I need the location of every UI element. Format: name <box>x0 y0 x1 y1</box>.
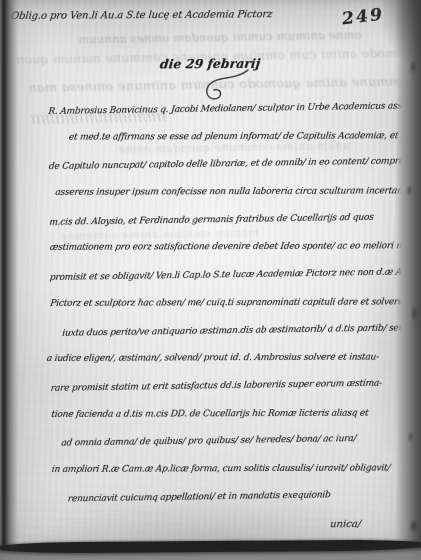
manuscript-line-text: ad omnia damna/ de quibus/ pro quibus/ s… <box>60 426 358 458</box>
manuscript-line-text: tione facienda a d.tis m.cis DD. de Cuce… <box>49 400 369 429</box>
manuscript-page: omne animum cummi quondam omnes annuum m… <box>0 0 421 560</box>
body-text: R. Ambrosius Bonvicinus q. Jacobi Mediol… <box>48 94 408 512</box>
manuscript-line: Pictorz et sculptorz hac absen/ me/ cuiq… <box>50 288 406 319</box>
catchword-text: unica/ <box>329 519 361 530</box>
manuscript-line-text: et med.te affirmans se esse ad plenum in… <box>67 123 421 152</box>
manuscript-line-text: a iudice eligen/, æstiman/, solvend/ pro… <box>45 345 380 374</box>
bleedthrough-line: omne animum cummi quondam omnes annuum <box>78 29 362 47</box>
manuscript-line: æstimationem pro eorz satisfactione deve… <box>49 233 405 264</box>
manuscript-line-text: Pictorz et sculptorz hac absen/ me/ cuiq… <box>48 289 404 318</box>
folio-number: 249 <box>342 7 384 27</box>
manuscript-line-text: iuxta duos perito/ve antiquario æstiman.… <box>61 315 406 348</box>
manuscript-line: promisit et se obligavit/ Ven.li Cap.lo … <box>50 261 406 292</box>
manuscript-line: in ampliori R.æ Cam.æ Ap.licæ forma, cum… <box>51 454 407 485</box>
manuscript-line: R. Ambrosius Bonvicinus q. Jacobi Mediol… <box>48 94 404 125</box>
manuscript-line-text: m.cis dd. Aloysio, et Ferdinando germani… <box>48 204 375 237</box>
manuscript-line: rare promisit statim ut erit satisfactus… <box>51 371 407 402</box>
manuscript-line-text: rare promisit statim ut erit satisfactus… <box>49 370 383 403</box>
manuscript-line: m.cis dd. Aloysio, et Ferdinando germani… <box>49 205 405 236</box>
manuscript-line: ad omnia damna/ de quibus/ pro quibus/ s… <box>61 427 407 458</box>
manuscript-line: de Capitulo nuncupat/ capitolo delle lib… <box>49 150 405 181</box>
manuscript-line-text: R. Ambrosius Bonvicinus q. Jacobi Mediol… <box>47 93 421 127</box>
page-edge-right <box>395 0 421 560</box>
page-corner-top-right <box>381 0 421 64</box>
header-inscription-text: Oblig.o pro Ven.li Au.a S.te lucę et Aca… <box>10 9 273 22</box>
manuscript-line-text: in ampliori R.æ Cam.æ Ap.licæ forma, cum… <box>50 455 392 484</box>
manuscript-line-text: promisit et se obligavit/ Ven.li Cap.lo … <box>48 259 421 293</box>
header-inscription: Oblig.o pro Ven.li Au.a S.te lucę et Aca… <box>11 10 272 21</box>
manuscript-line: iuxta duos perito/ve antiquario æstiman.… <box>62 316 406 347</box>
manuscript-line: asserens insuper ipsum confecisse non nu… <box>55 178 405 209</box>
folio-number-text: 249 <box>341 5 384 30</box>
manuscript-line: renunciavit cuicumq appellationi/ et in … <box>68 482 408 513</box>
manuscript-line-text: æstimationem pro eorz satisfactione deve… <box>48 234 421 263</box>
page-edge-left <box>0 0 18 560</box>
manuscript-line-text: renunciavit cuicumq appellationi/ et in … <box>66 482 332 514</box>
manuscript-line-text: asserens insuper ipsum confecisse non nu… <box>53 178 415 207</box>
catchword: unica/ <box>330 519 361 530</box>
manuscript-line: a iudice eligen/, æstiman/, solvend/ pro… <box>46 344 406 375</box>
